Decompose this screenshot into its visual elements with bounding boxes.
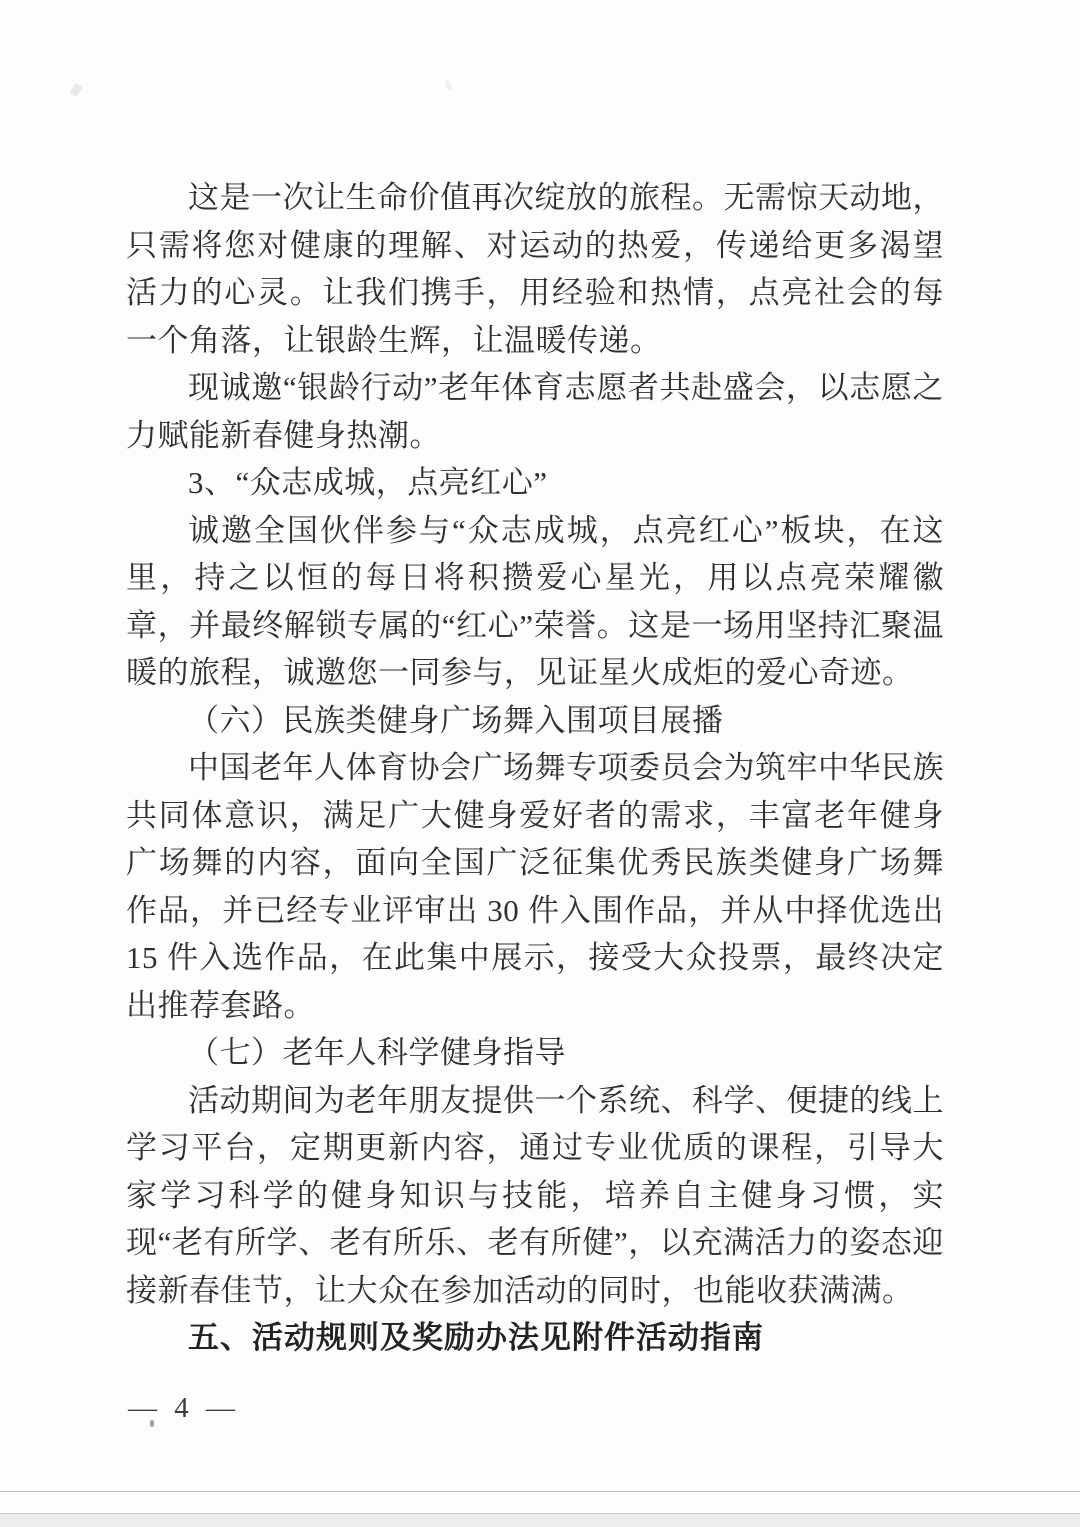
scan-edge-shadow [0, 1514, 1080, 1527]
heading-section-6: （六）民族类健身广场舞入围项目展播 [126, 697, 944, 745]
paragraph-intro: 这是一次让生命价值再次绽放的旅程。无需惊天动地，只需将您对健康的理解、对运动的热… [126, 174, 944, 364]
page-number: — 4 — [128, 1388, 240, 1428]
paragraph-square-dance: 中国老年人体育协会广场舞专项委员会为筑牢中华民族共同体意识，满足广大健身爱好者的… [126, 744, 944, 1029]
scan-edge-line [0, 1491, 1080, 1492]
heading-section-7: （七）老年人科学健身指导 [126, 1029, 944, 1077]
scan-edge-line [0, 1513, 1080, 1514]
scan-speck [444, 79, 452, 90]
paragraph-science-fitness: 活动期间为老年朋友提供一个系统、科学、便捷的线上学习平台，定期更新内容，通过专业… [126, 1077, 944, 1315]
document-body: 这是一次让生命价值再次绽放的旅程。无需惊天动地，只需将您对健康的理解、对运动的热… [126, 174, 944, 1362]
scanned-document-page: 这是一次让生命价值再次绽放的旅程。无需惊天动地，只需将您对健康的理解、对运动的热… [0, 0, 1080, 1527]
paragraph-red-heart: 诚邀全国伙伴参与“众志成城，点亮红心”板块，在这里，持之以恒的每日将积攒爱心星光… [126, 507, 944, 697]
subheading-item-3: 3、“众志成城，点亮红心” [126, 459, 944, 507]
heading-section-5: 五、活动规则及奖励办法见附件活动指南 [126, 1314, 944, 1362]
scan-speck [70, 83, 83, 97]
paragraph-invite-volunteers: 现诚邀“银龄行动”老年体育志愿者共赴盛会，以志愿之力赋能新春健身热潮。 [126, 364, 944, 459]
